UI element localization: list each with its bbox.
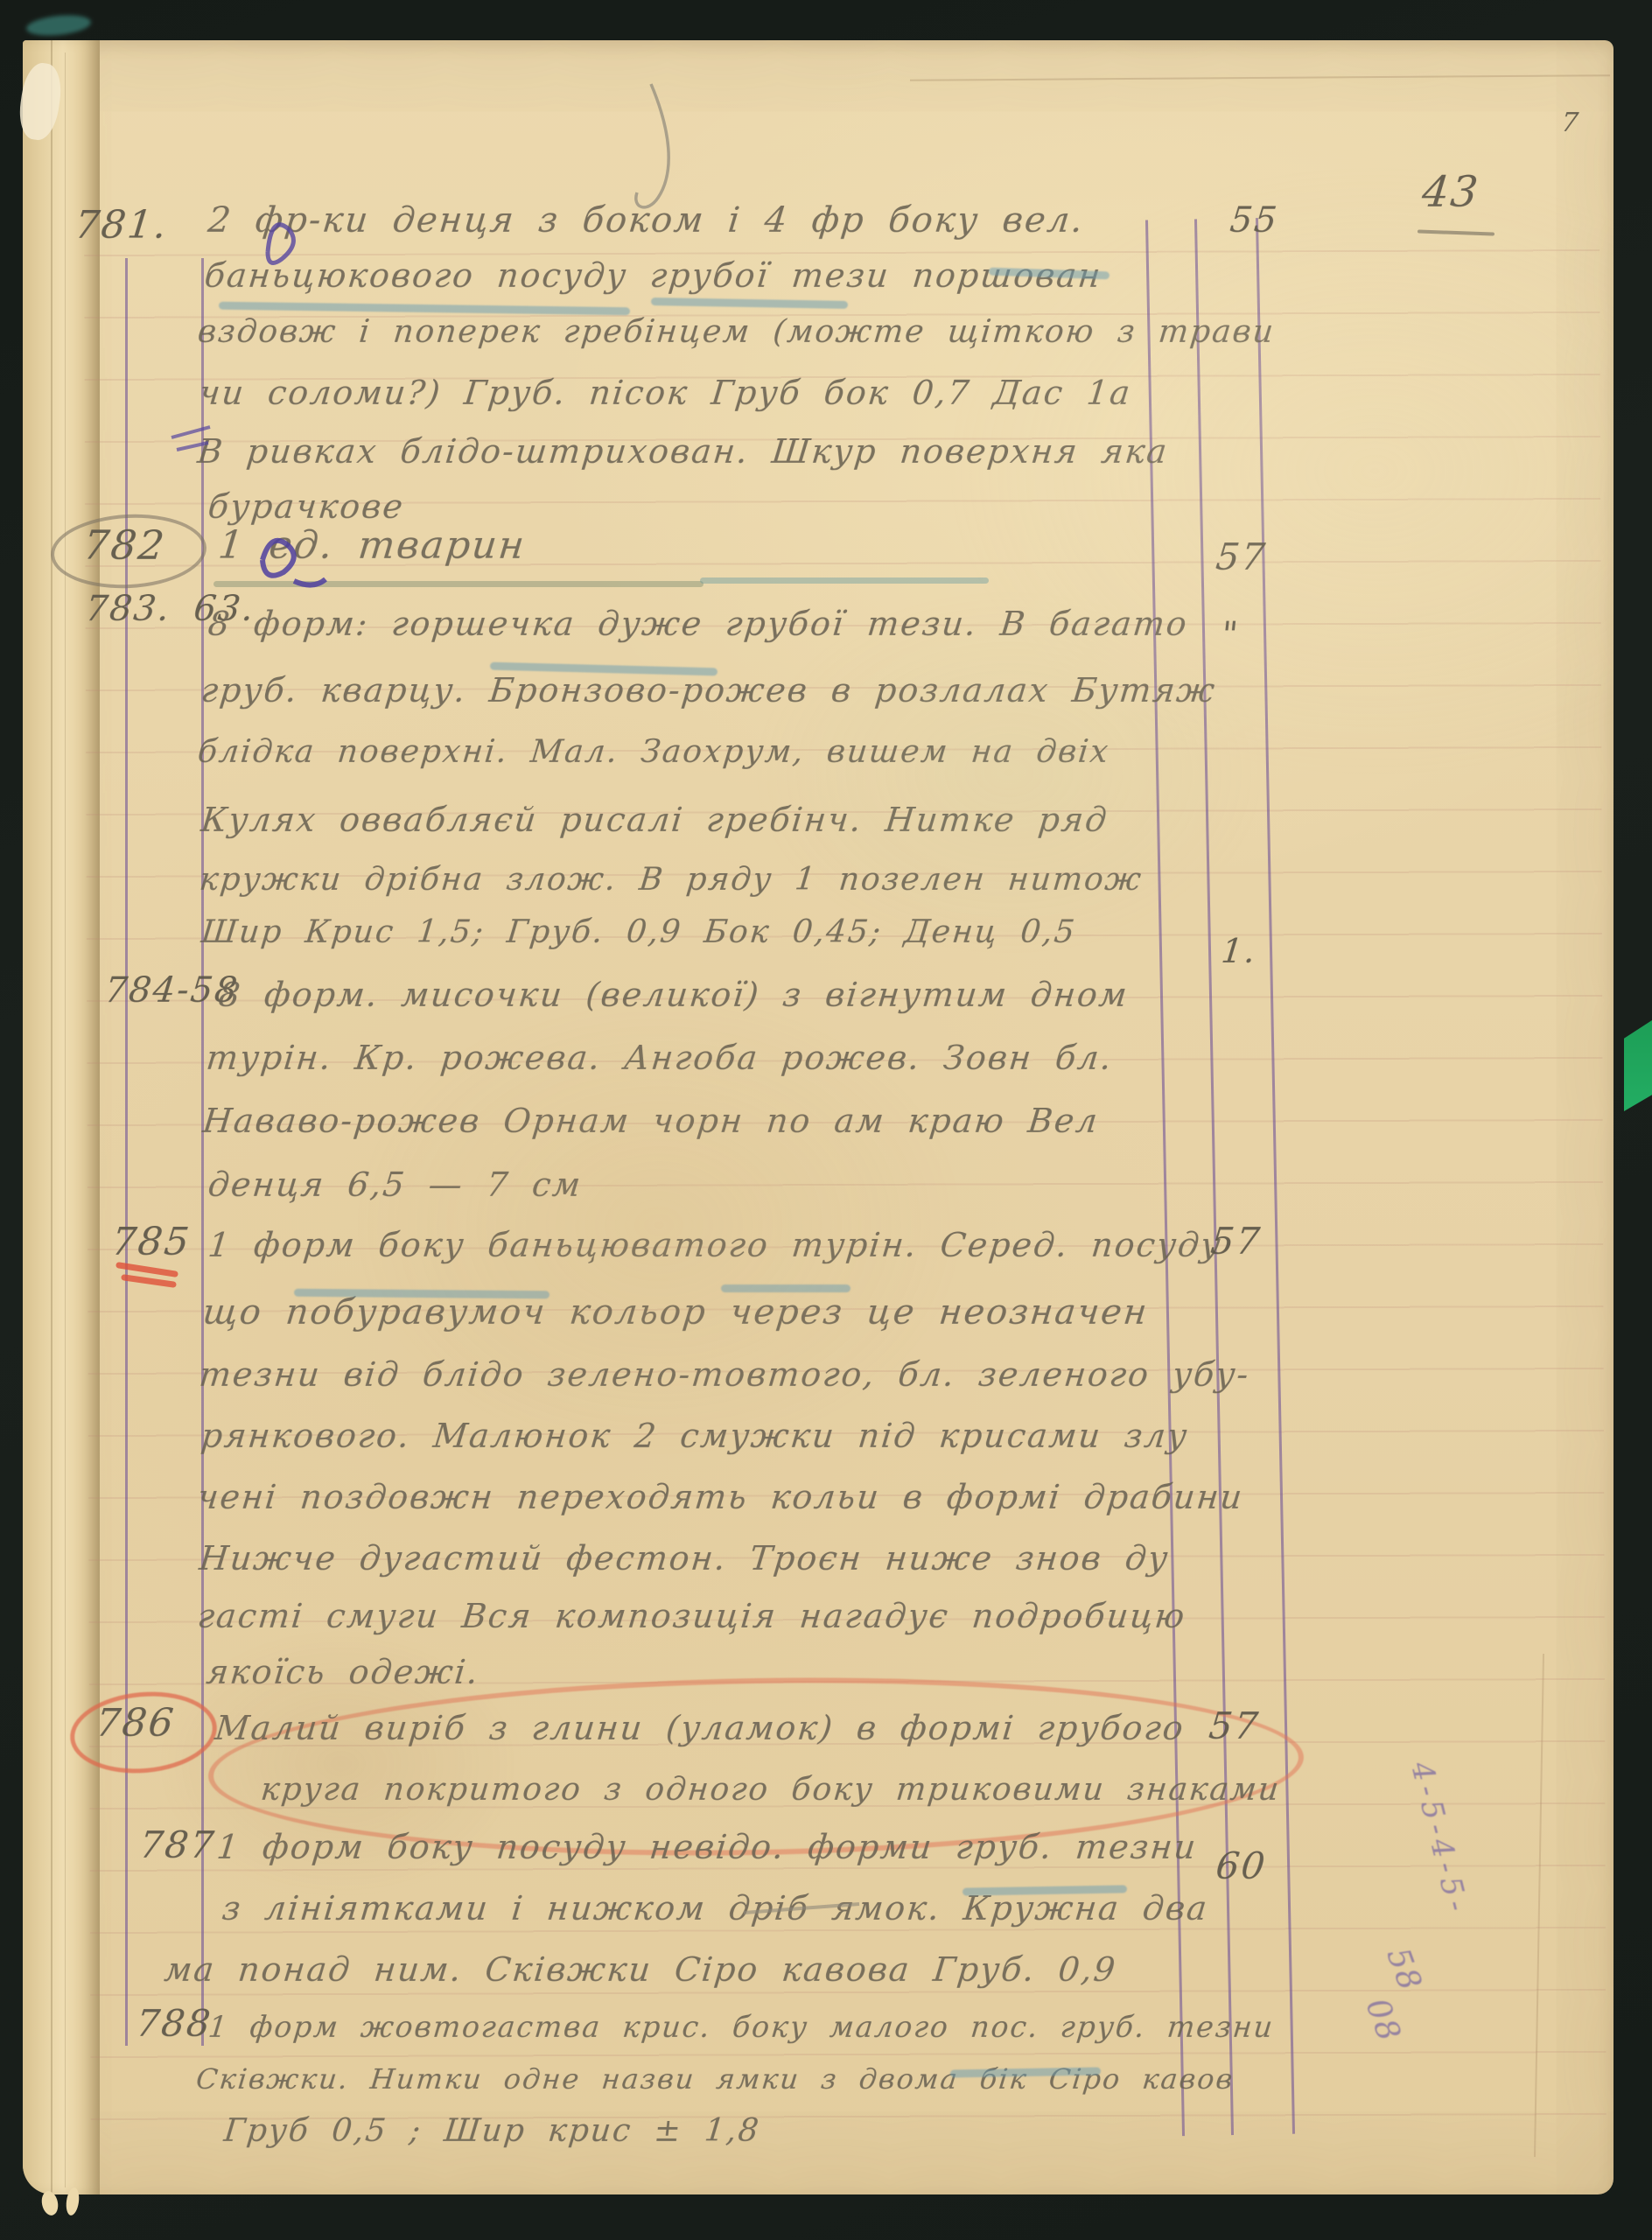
entry-787-line-3: ма понад ним. Сківжки Сіро кавова Груб. … [163,1953,1118,1986]
entry-number-786: 786 [94,1704,177,1743]
ref-value-782: 57 [1214,539,1269,576]
entry-785-line-1: 1 форм боку баньцюватого турін. Серед. п… [206,1228,1223,1262]
entry-number-787: 787 [138,1827,218,1864]
entry-781-line-2: баньцюкового посуду грубої тези поршован [203,259,1103,292]
entry-787-line-1: 1 форм боку посуду невідо. форми груб. т… [215,1830,1199,1864]
entry-783-line-5: кружки дрібна злож. В ряду 1 позелен нит… [198,864,1144,896]
entry-784-line-3: Нававо-рожев Орнам чорн по ам краю Вел [201,1104,1101,1137]
entry-781-line-5: В ривках блідо-штрихован. Шкур поверхня … [196,435,1170,468]
entry-785-line-6: Нижче дугастий фестон. Троєн ниже знов д… [198,1542,1171,1575]
bookmark-green [1624,1020,1652,1111]
entry-785-line-5: чені поздовжн переходять кольи в формі д… [196,1480,1245,1514]
entry-781-line-3: вздовж і поперек гребінцем (можте щіткою… [196,317,1276,348]
entry-785-line-3: тезни від блідо зелено-товтого, бл. зеле… [198,1358,1251,1391]
scanned-notebook-page: 43 781. 2 фр-ки денця з боком і 4 фр бок… [0,0,1652,2240]
entry-785-line-2: що побуравумоч кольор через це неозначен [201,1295,1151,1330]
entry-783-line-2: груб. кварцу. Бронзово-рожев в розлалах … [199,674,1218,707]
corner-pencil-mark: 7 [1560,110,1581,136]
entry-784-line-4: денця 6,5 — 7 см [206,1168,584,1201]
entry-782-line-1: 1 ед. тварин [216,527,528,565]
entry-number-785: 785 [109,1223,192,1262]
paper-crease [65,52,66,2187]
ref-value-783-ditto: " [1220,618,1242,653]
entry-784-line-2: турін. Кр. рожева. Ангоба рожев. Зовн бл… [205,1041,1115,1074]
entry-784-line-1: 8 форм. мисочки (великої) з вігнутим дно… [217,978,1130,1011]
entry-number-781: 781. [73,206,170,245]
entry-788-line-1: 1 форм жовтогаства крис. боку малого пос… [207,2012,1276,2041]
entry-number-782: 782 [81,525,168,565]
ref-value-786: 57 [1207,1708,1262,1745]
entry-785-line-7: гасті смуги Вся композиція нагадує подро… [196,1599,1187,1633]
entry-786-line-1: Малий виріб з глини (уламок) в формі гру… [213,1711,1186,1745]
entry-783-line-3: блідка поверхні. Мал. Заохрум, вишем на … [196,737,1111,768]
entry-783-line-6: Шир Крис 1,5; Груб. 0,9 Бок 0,45; Денц 0… [199,917,1077,948]
entry-783-line-4: Кулях оввабляєй рисалі гребінч. Нитке ря… [199,803,1109,836]
margin-line-left-2 [201,258,204,2046]
entry-785-line-8: якоїсь одежі. [205,1655,481,1689]
teal-smudge [25,12,92,38]
entry-781-line-1: 2 фр-ки денця з боком і 4 фр боку вел. [206,203,1086,238]
ref-value-781: 55 [1228,203,1280,238]
entry-786-line-2: круга покритого з одного боку триковими … [259,1774,1282,1806]
entry-number-788: 788 [135,2005,214,2042]
entry-785-line-4: рянкового. Малюнок 2 смужки під крисами … [199,1419,1190,1452]
entry-781-line-4: чи соломи?) Груб. пісок Груб бок 0,7 Дас… [198,376,1133,409]
entry-783-line-1: 8 форм: горшечка дуже грубої тези. В баг… [206,607,1190,640]
green-underline [213,581,703,587]
paper-crease [51,40,52,2194]
page-number: 43 [1420,171,1481,213]
entry-781-line-6: бурачкове [206,490,406,523]
ref-value-784: 1. [1220,934,1258,968]
ref-value-787: 60 [1214,1848,1269,1885]
entry-787-line-2: з лініятками і нижком дріб ямок. Кружна … [220,1892,1210,1925]
teal-underline [700,577,989,584]
entry-788-line-3: Груб 0,5 ; Шир крис ± 1,8 [222,2116,761,2147]
ref-value-785: 57 [1209,1223,1263,1260]
blue-underline [721,1284,850,1292]
